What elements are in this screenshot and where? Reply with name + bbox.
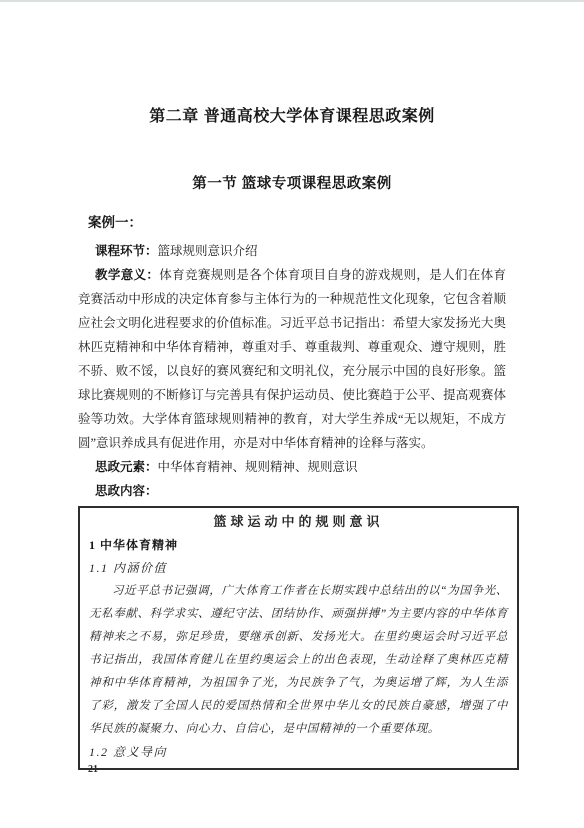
ideology-content-label: 思政内容： — [95, 484, 158, 498]
document-page: 第二章 普通高校大学体育课程思政案例 第一节 篮球专项课程思政案例 案例一： 课… — [0, 0, 584, 828]
section-title: 第一节 篮球专项课程思政案例 — [0, 172, 584, 193]
teaching-significance-text: 体育竞赛规则是各个体育项目自身的游戏规则，是人们在体育竞赛活动中形成的决定体育参… — [78, 268, 506, 450]
case-label: 案例一： — [88, 211, 142, 231]
ideology-elements-label: 思政元素： — [95, 460, 158, 474]
case-body: 课程环节：篮球规则意识介绍 教学意义：体育竞赛规则是各个体育项目自身的游戏规则，… — [78, 239, 506, 770]
course-stage-text: 篮球规则意识介绍 — [158, 244, 258, 258]
ideology-elements-text: 中华体育精神、规则精神、规则意识 — [158, 460, 358, 474]
ideology-content-box: 篮球运动中的规则意识 1 中华体育精神 1.1 内涵价值 习近平总书记强调，广大… — [78, 506, 519, 770]
ideology-content-paragraph: 思政内容： — [78, 479, 506, 503]
content-box-title: 篮球运动中的规则意识 — [89, 510, 508, 534]
ideology-elements-paragraph: 思政元素：中华体育精神、规则精神、规则意识 — [78, 455, 506, 479]
course-stage-label: 课程环节： — [95, 244, 158, 258]
teaching-significance-label: 教学意义： — [95, 268, 159, 282]
course-stage-paragraph: 课程环节：篮球规则意识介绍 — [78, 239, 506, 263]
content-box-subheading-1-2: 1.2 意义导向 — [89, 741, 508, 764]
content-box-paragraph: 习近平总书记强调，广大体育工作者在长期实践中总结出的以“为国争光、无私奉献、科学… — [89, 580, 508, 741]
page-number: 21 — [88, 764, 98, 775]
content-box-subheading-1-1: 1.1 内涵价值 — [89, 557, 508, 580]
content-box-heading-1: 1 中华体育精神 — [89, 534, 508, 557]
chapter-title: 第二章 普通高校大学体育课程思政案例 — [0, 103, 584, 126]
teaching-significance-paragraph: 教学意义：体育竞赛规则是各个体育项目自身的游戏规则，是人们在体育竞赛活动中形成的… — [78, 263, 506, 455]
